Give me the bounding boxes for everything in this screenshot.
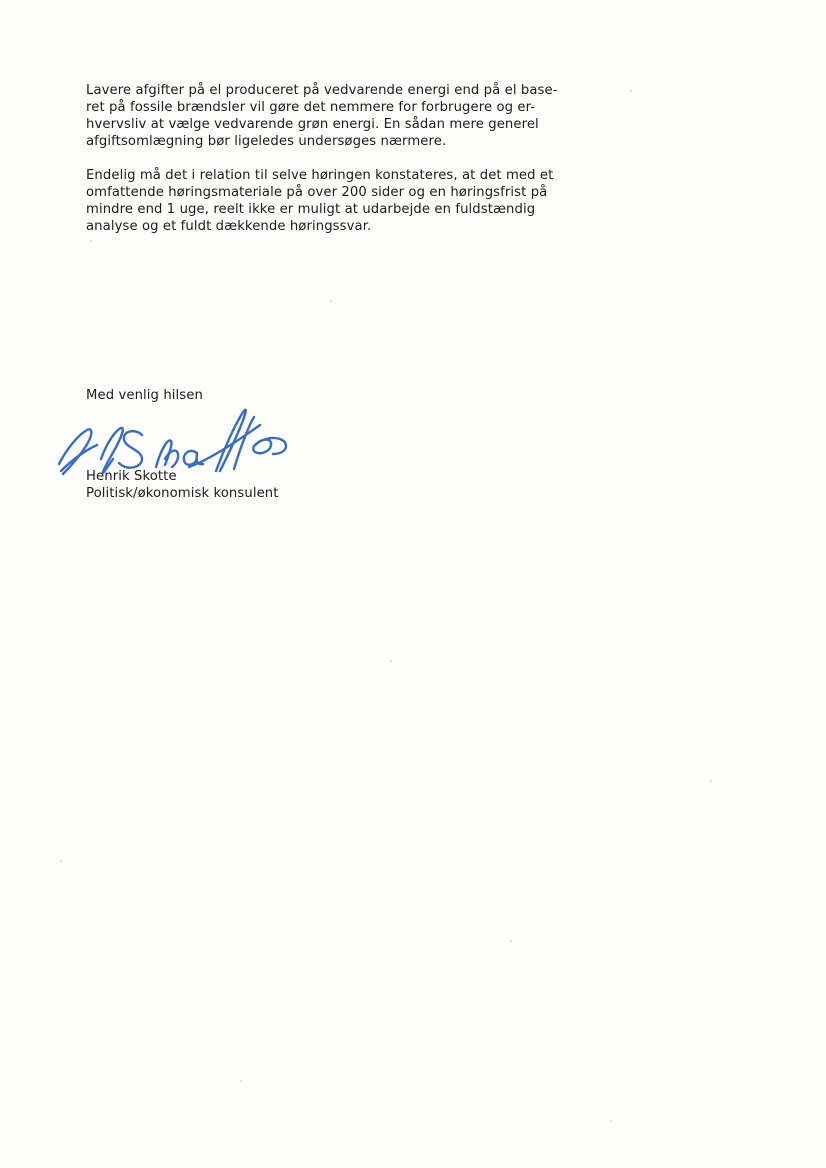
paragraph-hearing-deadline: Endelig må det i relation til selve høri…	[86, 167, 606, 235]
closing-salutation: Med venlig hilsen	[86, 388, 203, 403]
scanned-letter-page: Lavere afgifter på el produceret på vedv…	[0, 0, 826, 1168]
paragraph-energy-tax: Lavere afgifter på el produceret på vedv…	[86, 82, 606, 150]
scan-speckles	[90, 240, 92, 242]
signature-title: Politisk/økonomisk konsulent	[86, 486, 279, 501]
signature-name: Henrik Skotte	[86, 469, 177, 484]
